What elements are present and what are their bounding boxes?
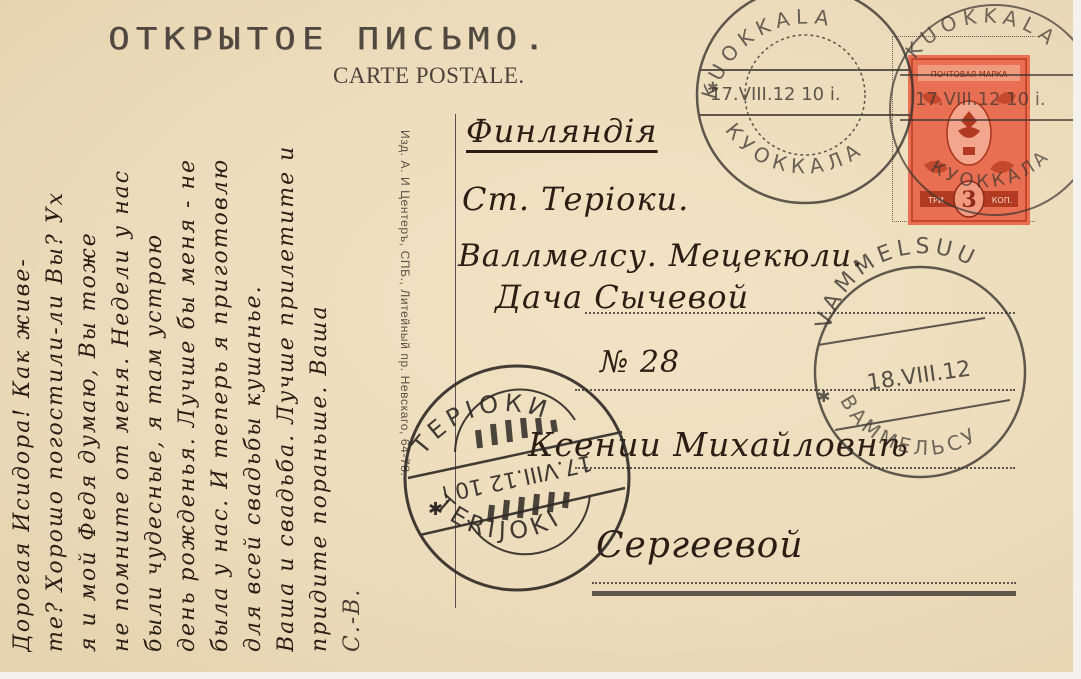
signature: С.-В. (336, 22, 369, 652)
message-line: была у нас. И теперь я приготовлю (204, 22, 237, 652)
postmark-kuokkala-bottom: КУОККАЛА (721, 118, 869, 178)
stamp-right-label: КОП. (992, 196, 1013, 205)
message-line: те? Хорошо погостили-ли Вы? Ух (39, 22, 72, 652)
message-line: день рожденья. Лучше бы меня - не (171, 22, 204, 652)
postcard: ОТКРЫТОЕ ПИСЬМО. CARTE POSTALE. Изд. А. … (0, 0, 1073, 672)
svg-text:КУОККАЛА: КУОККАЛА (721, 118, 869, 178)
address-recipient-surname: Сергеевой (596, 525, 804, 566)
stamp-left-label: ТРИ (927, 196, 944, 205)
postage-stamp: ПОЧТОВАЯ МАРКА 3 ТРИ КОП. (908, 55, 1030, 225)
address-number: № 28 (600, 345, 680, 380)
stamp-header: ПОЧТОВАЯ МАРКА (931, 70, 1008, 79)
message-line: придите пораньше. Ваша (303, 22, 336, 652)
postmark-kuokkala-top: KUOKKALA (696, 4, 836, 101)
postmark-star-icon: ✱ (428, 499, 443, 520)
address-station: Ст. Терioки. (462, 180, 689, 218)
message-line: я и мой Федя думаю, Вы тоже (72, 22, 105, 652)
vertical-divider (455, 114, 456, 608)
address-locality: Валлмелсу. Мецекюли. (458, 238, 863, 274)
address-country: Финляндія (466, 112, 658, 150)
message-line: для всей свадьбы кушанье. (237, 22, 270, 652)
message-line: были чудесные, я там устрою (138, 22, 171, 652)
svg-text:TERIJOKI: TERIJOKI (429, 489, 567, 545)
address-baseline-bar (592, 591, 1016, 596)
address-recipient-name: Ксении Михайловнѣ (528, 425, 909, 464)
message-line: не помните от меня. Недели у нас (105, 22, 138, 652)
stamp-denomination: 3 (961, 187, 976, 213)
publisher-imprint: Изд. А. И Центеръ, СПБ., Литейный пр. Не… (398, 130, 412, 476)
handwritten-message: Дорогая Исидора! Как живе- те? Хорошо по… (6, 22, 386, 652)
address-dacha: Дача Сычевой (495, 278, 749, 316)
postmark-star-icon: ✱ (707, 80, 719, 96)
address-line-4 (592, 582, 1016, 584)
postmark-kuokkala-date: 17.VIII.12 10 i. (710, 84, 841, 105)
svg-text:KUOKKALA: KUOKKALA (696, 4, 836, 101)
postmark-terijoki-bottom: TERIJOKI (429, 489, 567, 545)
address-line-3 (575, 467, 1015, 469)
message-line: Дорогая Исидора! Как живе- (6, 22, 39, 652)
message-line: Ваша и свадьба. Лучше прилетите и (270, 22, 303, 652)
postmark-kuokkala (697, 0, 913, 203)
address-line-2 (575, 389, 1015, 391)
